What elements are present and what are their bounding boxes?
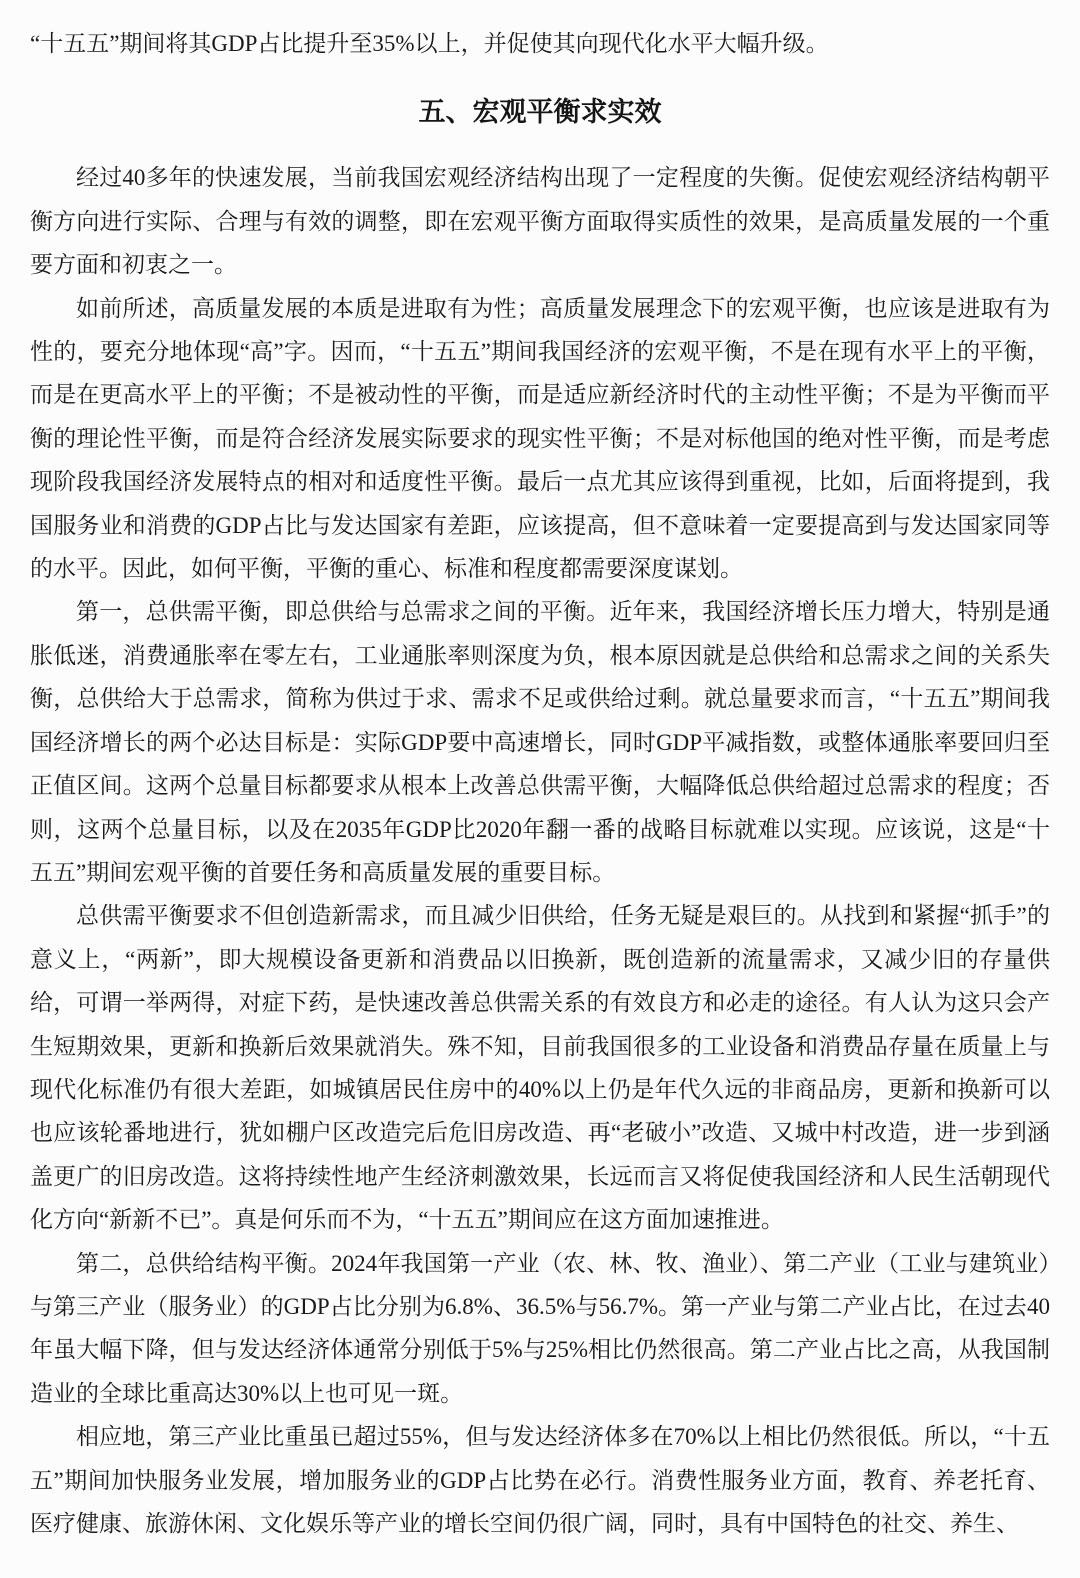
body-paragraph-4: 总供需平衡要求不但创造新需求，而且减少旧供给，任务无疑是艰巨的。从找到和紧握“抓… <box>30 894 1050 1241</box>
body-paragraph-3: 第一，总供需平衡，即总供给与总需求之间的平衡。近年来，我国经济增长压力增大，特别… <box>30 590 1050 894</box>
section-heading: 五、宏观平衡求实效 <box>30 91 1050 134</box>
body-paragraph-1: 经过40多年的快速发展，当前我国宏观经济结构出现了一定程度的失衡。促使宏观经济结… <box>30 156 1050 286</box>
body-paragraph-5: 第二，总供给结构平衡。2024年我国第一产业（农、林、牧、渔业）、第二产业（工业… <box>30 1242 1050 1416</box>
body-paragraph-6: 相应地，第三产业比重虽已超过55%，但与发达经济体多在70%以上相比仍然很低。所… <box>30 1415 1050 1545</box>
body-paragraph-2: 如前所述，高质量发展的本质是进取有为性；高质量发展理念下的宏观平衡，也应该是进取… <box>30 287 1050 591</box>
document-page: “十五五”期间将其GDP占比提升至35%以上，并促使其向现代化水平大幅升级。 五… <box>0 0 1080 1578</box>
continuation-paragraph: “十五五”期间将其GDP占比提升至35%以上，并促使其向现代化水平大幅升级。 <box>30 22 1050 65</box>
